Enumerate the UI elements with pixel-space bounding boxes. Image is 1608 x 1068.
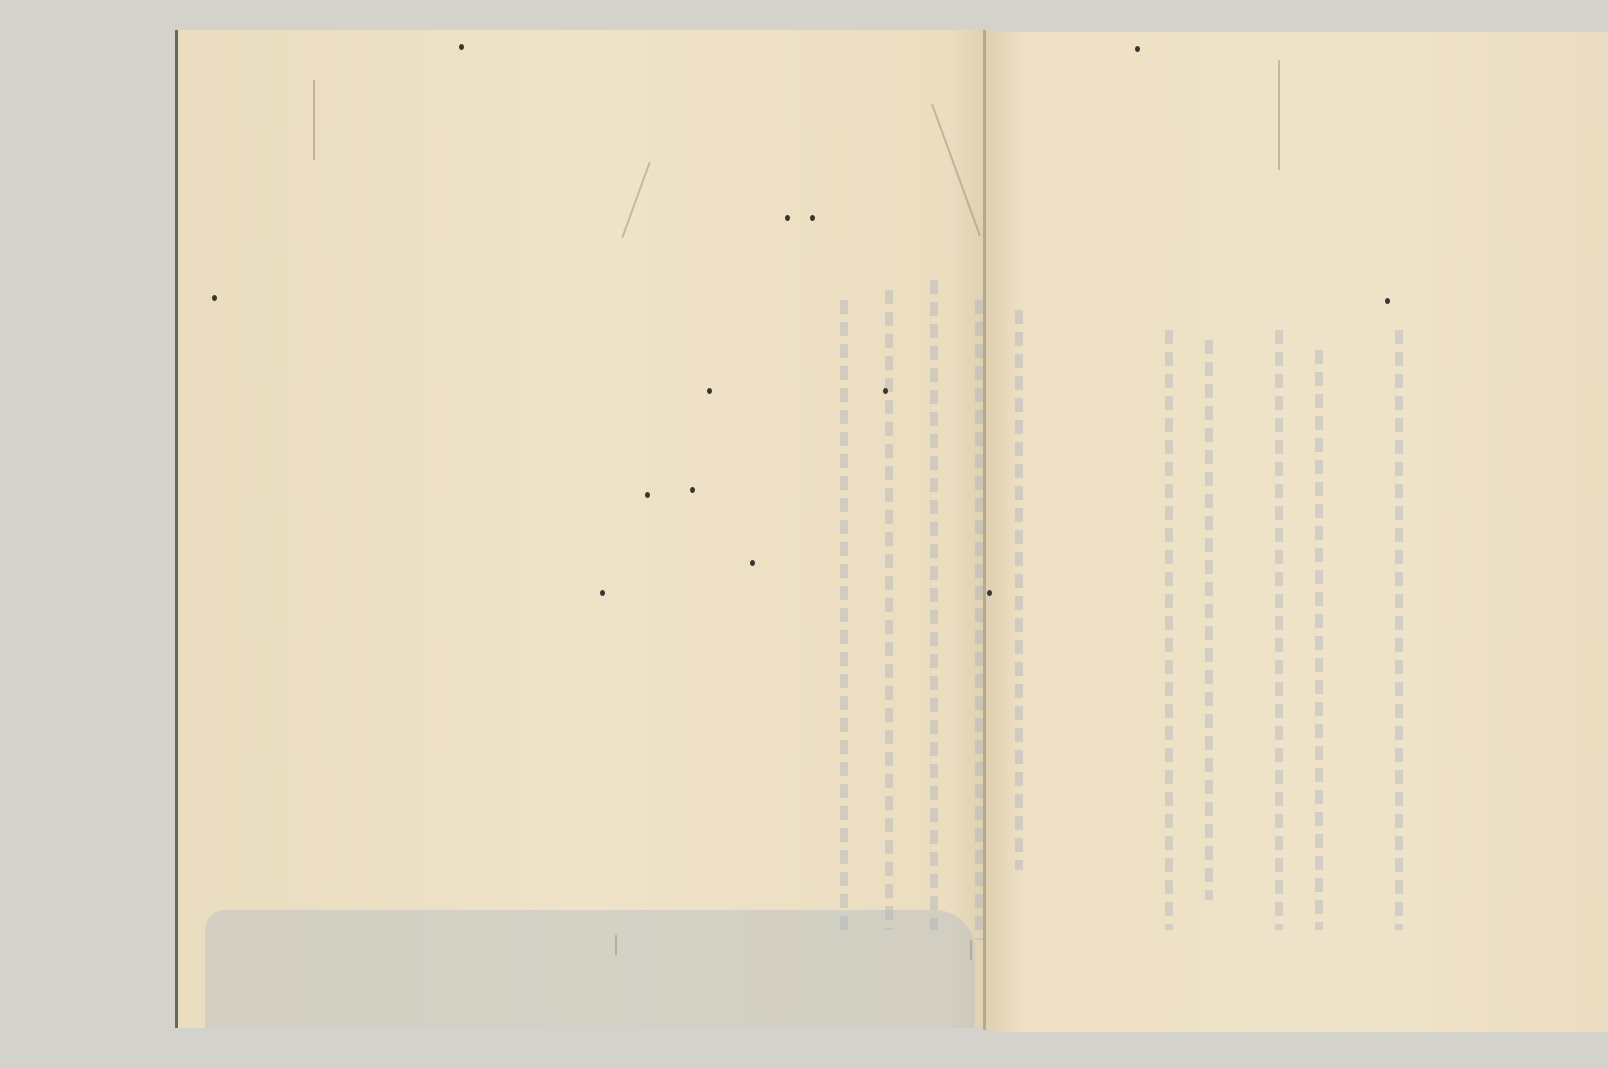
- torn-edge-mark: [1278, 60, 1280, 170]
- right-page: [985, 32, 1608, 1032]
- wormhole: [212, 295, 217, 301]
- show-through-text-column: [1165, 330, 1173, 930]
- wormhole: [600, 590, 605, 596]
- open-book: [165, 30, 1490, 1028]
- water-stain: [205, 910, 975, 1028]
- show-through-text-column: [1015, 310, 1023, 870]
- torn-edge-mark: [615, 935, 617, 955]
- wormhole: [987, 590, 992, 596]
- book-gutter: [983, 30, 986, 1030]
- wormhole: [707, 388, 712, 394]
- wormhole: [785, 215, 790, 221]
- wormhole: [459, 44, 464, 50]
- show-through-text-column: [1315, 350, 1323, 930]
- wormhole: [1135, 46, 1140, 52]
- show-through-text-column: [885, 290, 893, 930]
- wormhole: [883, 388, 888, 394]
- show-through-text-column: [1395, 330, 1403, 930]
- wormhole: [750, 560, 755, 566]
- show-through-text-column: [930, 280, 938, 930]
- torn-edge-mark: [970, 940, 972, 960]
- left-page: [175, 30, 988, 1028]
- show-through-text-column: [1205, 340, 1213, 900]
- show-through-text-column: [975, 300, 983, 940]
- wormhole: [810, 215, 815, 221]
- wormhole: [1385, 298, 1390, 304]
- torn-edge-mark: [313, 80, 315, 160]
- show-through-text-column: [1275, 330, 1283, 930]
- wormhole: [645, 492, 650, 498]
- wormhole: [690, 487, 695, 493]
- show-through-text-column: [840, 300, 848, 930]
